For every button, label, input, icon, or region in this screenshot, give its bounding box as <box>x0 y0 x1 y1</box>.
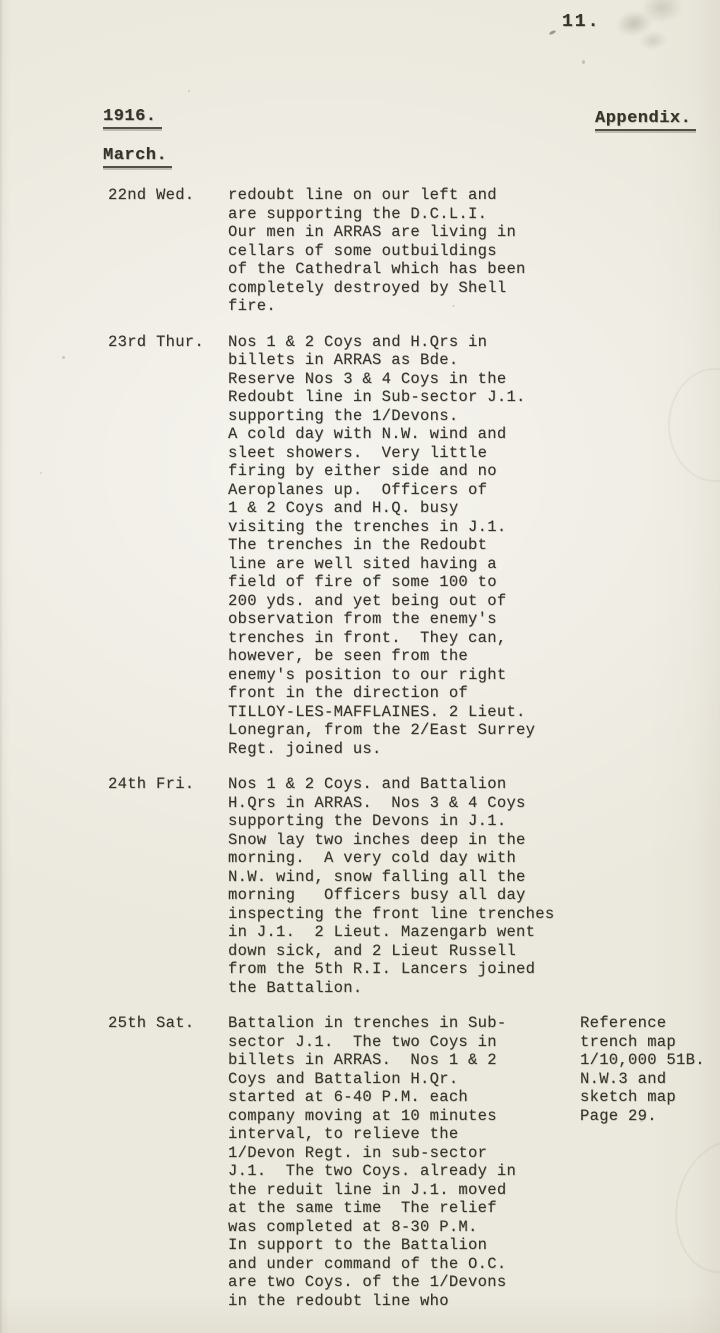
entry-line: billets in ARRAS. Nos 1 & 2 <box>228 1051 580 1070</box>
month-heading: March. <box>103 146 172 168</box>
ink-speck <box>188 90 190 92</box>
entry-date: 22nd Wed. <box>108 186 228 205</box>
diary-entry: 22nd Wed.redoubt line on our left andare… <box>108 186 712 316</box>
entry-line: and under command of the O.C. <box>228 1255 580 1274</box>
entry-date: 23rd Thur. <box>108 333 228 352</box>
entry-line: however, be seen from the <box>228 647 580 666</box>
entry-line: In support to the Battalion <box>228 1236 580 1255</box>
entry-line: TILLOY-LES-MAFFLAINES. 2 Lieut. <box>228 703 580 722</box>
entry-line: Nos 1 & 2 Coys. and Battalion <box>228 775 580 794</box>
entry-margin-note <box>580 775 712 997</box>
margin-note-line: Reference <box>580 1014 712 1033</box>
entry-body: Battalion in trenches in Sub-sector J.1.… <box>228 1014 580 1310</box>
entry-line: 1 & 2 Coys and H.Q. busy <box>228 499 580 518</box>
margin-note-line: sketch map <box>580 1088 712 1107</box>
entry-line: front in the direction of <box>228 684 580 703</box>
entry-body: Nos 1 & 2 Coys and H.Qrs inbillets in AR… <box>228 333 580 759</box>
diary-entry: 25th Sat.Battalion in trenches in Sub-se… <box>108 1014 712 1310</box>
page-number: 11. <box>562 12 600 32</box>
entry-line: billets in ARRAS as Bde. <box>228 351 580 370</box>
entry-line: of the Cathedral which has been <box>228 260 580 279</box>
entry-line: at the same time The relief <box>228 1199 580 1218</box>
entry-line: Lonegran, from the 2/East Surrey <box>228 721 580 740</box>
entry-line: the Battalion. <box>228 979 580 998</box>
margin-note-line: Page 29. <box>580 1107 712 1126</box>
entry-line: field of fire of some 100 to <box>228 573 580 592</box>
entry-line: H.Qrs in ARRAS. Nos 3 & 4 Coys <box>228 794 580 813</box>
margin-note-line: N.W.3 and <box>580 1070 712 1089</box>
entry-line: in the redoubt line who <box>228 1292 580 1311</box>
entry-line: from the 5th R.I. Lancers joined <box>228 960 580 979</box>
diary-entry: 24th Fri.Nos 1 & 2 Coys. and BattalionH.… <box>108 775 712 997</box>
entry-line: The trenches in the Redoubt <box>228 536 580 555</box>
entry-margin-note <box>580 333 712 759</box>
ink-speck <box>549 30 557 36</box>
entry-line: interval, to relieve the <box>228 1125 580 1144</box>
entry-line: completely destroyed by Shell <box>228 279 580 298</box>
entry-line: J.1. The two Coys. already in <box>228 1162 580 1181</box>
corner-smudge <box>591 0 711 71</box>
entry-line: Regt. joined us. <box>228 740 580 759</box>
entry-line: 200 yds. and yet being out of <box>228 592 580 611</box>
entry-line: company moving at 10 minutes <box>228 1107 580 1126</box>
entry-line: line are well sited having a <box>228 555 580 574</box>
entry-line: Snow lay two inches deep in the <box>228 831 580 850</box>
entry-line: Coys and Battalion H.Qr. <box>228 1070 580 1089</box>
entry-line: visiting the trenches in J.1. <box>228 518 580 537</box>
entry-line: are two Coys. of the 1/Devons <box>228 1273 580 1292</box>
entry-line: enemy's position to our right <box>228 666 580 685</box>
ink-speck <box>582 60 585 64</box>
entry-body: Nos 1 & 2 Coys. and BattalionH.Qrs in AR… <box>228 775 580 997</box>
entry-margin-note: Referencetrench map1/10,000 51B.N.W.3 an… <box>580 1014 712 1310</box>
margin-note-line: 1/10,000 51B. <box>580 1051 712 1070</box>
appendix-heading: Appendix. <box>595 109 696 131</box>
entry-body: redoubt line on our left andare supporti… <box>228 186 580 316</box>
entry-date: 24th Fri. <box>108 775 228 794</box>
diary-entries: 22nd Wed.redoubt line on our left andare… <box>108 186 712 1327</box>
entry-line: cellars of some outbuildings <box>228 242 580 261</box>
entry-line: trenches in front. They can, <box>228 629 580 648</box>
diary-entry: 23rd Thur.Nos 1 & 2 Coys and H.Qrs inbil… <box>108 333 712 759</box>
entry-line: firing by either side and no <box>228 462 580 481</box>
entry-line: inspecting the front line trenches <box>228 905 580 924</box>
entry-line: N.W. wind, snow falling all the <box>228 868 580 887</box>
year-heading: 1916. <box>103 107 162 129</box>
entry-line: morning Officers busy all day <box>228 886 580 905</box>
entry-line: supporting the 1/Devons. <box>228 407 580 426</box>
entry-line: in J.1. 2 Lieut. Mazengarb went <box>228 923 580 942</box>
entry-line: observation from the enemy's <box>228 610 580 629</box>
entry-line: 1/Devon Regt. in sub-sector <box>228 1144 580 1163</box>
margin-note-line: trench map <box>580 1033 712 1052</box>
entry-line: the reduit line in J.1. moved <box>228 1181 580 1200</box>
entry-line: supporting the Devons in J.1. <box>228 812 580 831</box>
entry-line: down sick, and 2 Lieut Russell <box>228 942 580 961</box>
entry-line: morning. A very cold day with <box>228 849 580 868</box>
entry-date: 25th Sat. <box>108 1014 228 1033</box>
entry-line: fire. <box>228 297 580 316</box>
ink-speck <box>62 356 65 359</box>
diary-page: 11. 1916. Appendix. March. 22nd Wed.redo… <box>0 0 720 1333</box>
entry-line: Our men in ARRAS are living in <box>228 223 580 242</box>
entry-line: sleet showers. Very little <box>228 444 580 463</box>
entry-line: Battalion in trenches in Sub- <box>228 1014 580 1033</box>
entry-line: was completed at 8-30 P.M. <box>228 1218 580 1237</box>
entry-line: are supporting the D.C.L.I. <box>228 205 580 224</box>
entry-line: A cold day with N.W. wind and <box>228 425 580 444</box>
entry-line: redoubt line on our left and <box>228 186 580 205</box>
entry-line: started at 6-40 P.M. each <box>228 1088 580 1107</box>
entry-margin-note <box>580 186 712 316</box>
entry-line: Reserve Nos 3 & 4 Coys in the <box>228 370 580 389</box>
entry-line: Aeroplanes up. Officers of <box>228 481 580 500</box>
entry-line: sector J.1. The two Coys in <box>228 1033 580 1052</box>
entry-line: Redoubt line in Sub-sector J.1. <box>228 388 580 407</box>
ink-speck <box>40 472 42 474</box>
entry-line: Nos 1 & 2 Coys and H.Qrs in <box>228 333 580 352</box>
